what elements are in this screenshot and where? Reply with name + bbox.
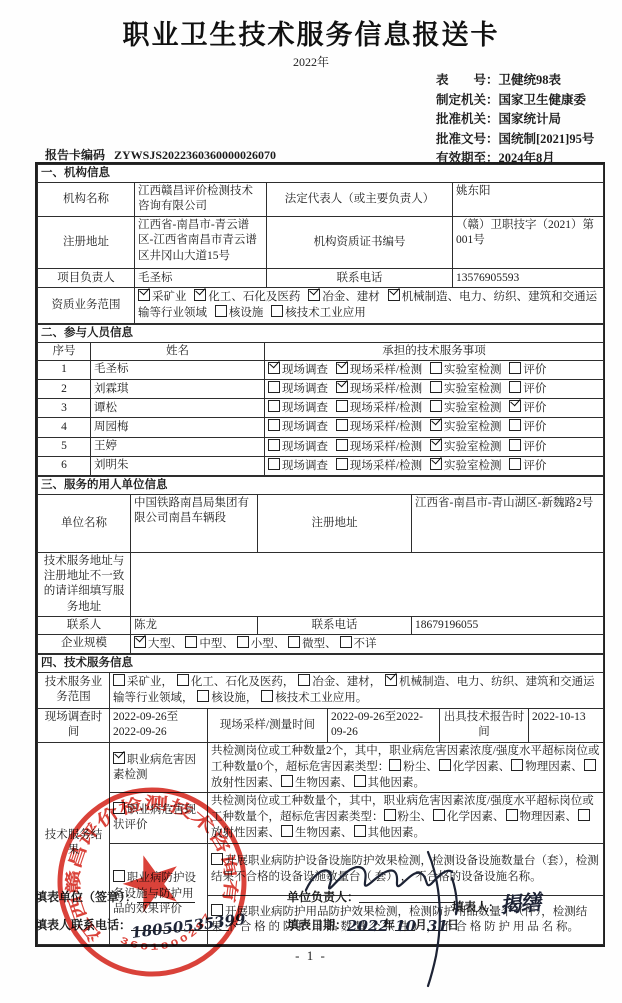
checkbox-icon[interactable] bbox=[177, 674, 189, 686]
checkbox-label: 生物因素、 bbox=[295, 777, 353, 789]
survey-time-value: 2022-09-26至2022-09-26 bbox=[110, 708, 208, 742]
employer-addr-label: 注册地址 bbox=[258, 495, 412, 553]
checkbox-icon[interactable] bbox=[215, 305, 227, 317]
checkbox-label: 开展职业病防护设备设施防护效果检测，检测设备设施数量台（套），检测结果不合格的设… bbox=[211, 855, 599, 882]
checkbox-icon[interactable] bbox=[336, 458, 348, 470]
checkbox-label: 粉尘、 bbox=[398, 811, 433, 823]
form-meta-block: 表 号：卫健统98表 制定机关：国家卫生健康委 批准机关：国家统计局 批准文号：… bbox=[436, 71, 594, 169]
checkbox-label: 评价 bbox=[523, 460, 546, 472]
checkbox-label: 物理因素、 bbox=[525, 761, 583, 773]
survey-time-label: 现场调查时间 bbox=[38, 708, 110, 742]
company-size-options: 大型、 中型、 小型、 微型、 不详 bbox=[131, 634, 604, 653]
cert-no-label: 机构资质证书编号 bbox=[267, 217, 453, 269]
staff-duties: 现场调查 现场采样/检测 实验室检测 评价 bbox=[265, 418, 604, 437]
filler-phone-field: 填表人联系电话：18050535399 bbox=[35, 916, 229, 933]
col-name-header: 姓名 bbox=[91, 342, 265, 360]
checkbox-label: 不详 bbox=[354, 638, 377, 650]
checkbox-label: 实验室检测 bbox=[444, 383, 502, 395]
manager-field: 单位负责人： bbox=[287, 888, 455, 905]
staff-duties: 现场调查 现场采样/检测 实验室检测 评价 bbox=[265, 456, 604, 475]
date-month-handwritten: 10 bbox=[395, 917, 416, 935]
employer-phone-label: 联系电话 bbox=[258, 616, 412, 634]
checkbox-label: 化工、石化及医药 bbox=[208, 291, 300, 303]
section2-title: 二、参与人员信息 bbox=[38, 324, 604, 342]
filler-label: 填表人： bbox=[452, 900, 500, 914]
checkbox-label: 其他因素。 bbox=[368, 827, 426, 839]
date-day-handwritten: 31 bbox=[427, 917, 448, 935]
meta-approving-agency: 批准机关：国家统计局 bbox=[436, 110, 594, 130]
checkbox-label: 放射性因素、 bbox=[211, 827, 280, 839]
checkbox-icon[interactable] bbox=[511, 759, 523, 771]
checkbox-icon[interactable] bbox=[509, 400, 521, 412]
section3-title: 三、服务的用人单位信息 bbox=[38, 476, 604, 494]
checkbox-label: 核设施 bbox=[229, 307, 264, 319]
checkbox-label: 评价 bbox=[523, 383, 546, 395]
checkbox-icon[interactable] bbox=[509, 381, 521, 393]
checkbox-label: 现场采样/检测 bbox=[350, 460, 422, 472]
checkbox-label: 核技术工业应用 bbox=[285, 307, 366, 319]
main-form-table: 一、机构信息 机构名称 江西赣昌评价检测技术咨询有限公司 法定代表人（或主要负责… bbox=[35, 162, 605, 947]
manager-label: 单位负责人： bbox=[287, 890, 359, 904]
scope-option: 化工、石化及医药 bbox=[194, 291, 300, 303]
meta-approval-number: 批准文号：国统制[2021]95号 bbox=[436, 130, 594, 150]
staff-row: 5 王婷 现场调查 现场采样/检测 实验室检测 评价 bbox=[38, 437, 604, 456]
staff-seq: 6 bbox=[38, 456, 91, 475]
checkbox-label: 评价 bbox=[523, 421, 546, 433]
report-card-page: 职业卫生技术服务信息报送卡 2022年 表 号：卫健统98表 制定机关：国家卫生… bbox=[0, 0, 622, 1003]
checkbox-label: 现场采样/检测 bbox=[350, 383, 422, 395]
fill-unit-field: 填表单位（签章）： bbox=[35, 888, 195, 905]
checkbox-label: 现场调查 bbox=[282, 441, 328, 453]
checkbox-icon[interactable] bbox=[268, 439, 280, 451]
report-code-value: ZYWSJS2022360360000026070 bbox=[114, 148, 276, 162]
checkbox-label: 核设施， bbox=[211, 692, 257, 704]
checkbox-label: 评价 bbox=[523, 402, 546, 414]
org-addr-value: 江西省-南昌市-青云谱区-江西省南昌市青云谱区井冈山大道15号 bbox=[135, 217, 267, 269]
result2-content: 共检测岗位或工种数量个，其中，职业病危害因素浓度/强度水平超标岗位或工种数量个，… bbox=[208, 793, 604, 844]
checkbox-label: 放射性因素、 bbox=[211, 777, 280, 789]
checkbox-label: 职业病危害因素检测 bbox=[113, 754, 196, 781]
checkbox-label: 冶金、建材， bbox=[312, 676, 381, 688]
checkbox-icon[interactable] bbox=[385, 674, 397, 686]
checkbox-icon[interactable] bbox=[509, 419, 521, 431]
staff-name: 谭松 bbox=[91, 399, 265, 418]
date-year-blank: 2022 bbox=[347, 917, 383, 931]
report-year: 2022年 bbox=[0, 53, 622, 70]
checkbox-label: 现场采样/检测 bbox=[350, 441, 422, 453]
staff-name: 王婷 bbox=[91, 437, 265, 456]
date-day-blank: 31 bbox=[427, 917, 447, 931]
checkbox-label: 现场调查 bbox=[282, 402, 328, 414]
checkbox-label: 粉尘、 bbox=[403, 761, 438, 773]
fill-unit-label: 填表单位（签章）： bbox=[35, 890, 137, 904]
result2-checkbox-cell: 职业病危害现状评价 bbox=[110, 793, 208, 844]
checkbox-label: 冶金、建材 bbox=[322, 291, 380, 303]
staff-row: 1 毛圣标 现场调查 现场采样/检测 实验室检测 评价 bbox=[38, 360, 604, 379]
checkbox-label: 化学因素、 bbox=[447, 811, 505, 823]
checkbox-label: 化工、石化及医药， bbox=[191, 676, 295, 688]
section-employer-info: 三、服务的用人单位信息 单位名称 中国铁路南昌局集团有限公司南昌车辆段 注册地址… bbox=[37, 476, 604, 654]
staff-seq: 5 bbox=[38, 437, 91, 456]
col-seq-header: 序号 bbox=[38, 342, 91, 360]
checkbox-icon[interactable] bbox=[211, 853, 223, 865]
scope-option: 核设施 bbox=[215, 307, 264, 319]
service-result-label: 技术服务结果 bbox=[38, 742, 110, 944]
section4-title: 四、技术服务信息 bbox=[38, 655, 604, 673]
staff-duties: 现场调查 现场采样/检测 实验室检测 评价 bbox=[265, 360, 604, 379]
date-month-unit: 月 bbox=[415, 918, 427, 932]
checkbox-icon[interactable] bbox=[113, 802, 125, 814]
checkbox-icon[interactable] bbox=[506, 809, 518, 821]
checkbox-icon[interactable] bbox=[261, 690, 273, 702]
checkbox-icon[interactable] bbox=[389, 759, 401, 771]
staff-row: 6 刘明朱 现场调查 现场采样/检测 实验室检测 评价 bbox=[38, 456, 604, 475]
checkbox-icon[interactable] bbox=[509, 439, 521, 451]
checkbox-label: 实验室检测 bbox=[444, 364, 502, 376]
report-code-label: 报告卡编码 bbox=[45, 148, 105, 162]
section-org-info: 一、机构信息 机构名称 江西赣昌评价检测技术咨询有限公司 法定代表人（或主要负责… bbox=[37, 164, 604, 324]
org-phone-value: 13576905593 bbox=[453, 269, 604, 288]
checkbox-label: 现场采样/检测 bbox=[350, 421, 422, 433]
employer-name-label: 单位名称 bbox=[38, 495, 131, 553]
checkbox-icon[interactable] bbox=[430, 419, 442, 431]
page-number: - 1 - bbox=[0, 948, 622, 964]
checkbox-label: 实验室检测 bbox=[444, 441, 502, 453]
legal-rep-value: 姚东阳 bbox=[453, 183, 604, 217]
checkbox-icon[interactable] bbox=[298, 674, 310, 686]
checkbox-label: 小型、 bbox=[251, 638, 286, 650]
checkbox-label: 现场调查 bbox=[282, 421, 328, 433]
org-phone-label: 联系电话 bbox=[267, 269, 453, 288]
filler-field: 填表人：揭缮 bbox=[452, 888, 540, 918]
checkbox-icon[interactable] bbox=[134, 636, 146, 648]
checkbox-icon[interactable] bbox=[430, 400, 442, 412]
checkbox-icon[interactable] bbox=[237, 636, 249, 648]
checkbox-label: 中型、 bbox=[199, 638, 234, 650]
checkbox-icon[interactable] bbox=[430, 439, 442, 451]
checkbox-label: 评价 bbox=[523, 441, 546, 453]
checkbox-label: 大型、 bbox=[148, 638, 183, 650]
scope-option: 核技术工业应用 bbox=[271, 307, 366, 319]
checkbox-label: 微型、 bbox=[302, 638, 337, 650]
staff-seq: 1 bbox=[38, 360, 91, 379]
date-month-blank: 10 bbox=[395, 917, 415, 931]
org-name-label: 机构名称 bbox=[38, 183, 135, 217]
employer-name-value: 中国铁路南昌局集团有限公司南昌车辆段 bbox=[131, 495, 258, 553]
report-time-label: 出具技术报告时间 bbox=[440, 708, 529, 742]
checkbox-icon[interactable] bbox=[281, 825, 293, 837]
checkbox-icon[interactable] bbox=[430, 381, 442, 393]
checkbox-icon[interactable] bbox=[268, 400, 280, 412]
checkbox-icon[interactable] bbox=[509, 362, 521, 374]
checkbox-label: 生物因素、 bbox=[295, 827, 353, 839]
project-leader-value: 毛圣标 bbox=[135, 269, 267, 288]
checkbox-icon[interactable] bbox=[430, 362, 442, 374]
contact-value: 陈龙 bbox=[131, 616, 258, 634]
checkbox-icon[interactable] bbox=[336, 419, 348, 431]
checkbox-label: 现场调查 bbox=[282, 364, 328, 376]
checkbox-icon[interactable] bbox=[430, 458, 442, 470]
filler-name-handwritten: 揭缮 bbox=[499, 886, 541, 919]
checkbox-label: 化学因素、 bbox=[453, 761, 511, 773]
checkbox-icon[interactable] bbox=[388, 289, 400, 301]
org-scope-options: 采矿业 化工、石化及医药 冶金、建材 机械制造、电力、纺织、建筑和交通运输等行业… bbox=[135, 288, 604, 323]
checkbox-icon[interactable] bbox=[433, 809, 445, 821]
staff-name: 周园梅 bbox=[91, 418, 265, 437]
checkbox-label: 实验室检测 bbox=[444, 421, 502, 433]
staff-row: 2 刘霖琪 现场调查 现场采样/检测 实验室检测 评价 bbox=[38, 380, 604, 399]
checkbox-label: 现场采样/检测 bbox=[350, 364, 422, 376]
staff-seq: 2 bbox=[38, 380, 91, 399]
checkbox-icon[interactable] bbox=[268, 419, 280, 431]
checkbox-label: 评价 bbox=[523, 364, 546, 376]
filler-phone-label: 填表人联系电话： bbox=[35, 918, 131, 932]
checkbox-label: 现场调查 bbox=[282, 383, 328, 395]
staff-seq: 3 bbox=[38, 399, 91, 418]
checkbox-icon[interactable] bbox=[268, 381, 280, 393]
checkbox-icon[interactable] bbox=[509, 458, 521, 470]
report-code-line: 报告卡编码 ZYWSJS2022360360000026070 bbox=[45, 146, 276, 163]
checkbox-label: 其他因素。 bbox=[368, 777, 426, 789]
checkbox-icon[interactable] bbox=[384, 809, 396, 821]
checkbox-icon[interactable] bbox=[336, 381, 348, 393]
checkbox-icon[interactable] bbox=[354, 775, 366, 787]
checkbox-label: 核技术工业应用。 bbox=[275, 692, 367, 704]
employer-phone-value: 18679196055 bbox=[412, 616, 604, 634]
checkbox-icon[interactable] bbox=[336, 362, 348, 374]
service-scope-label: 技术服务业务范围 bbox=[38, 673, 110, 708]
date-day-unit: 日 bbox=[447, 918, 459, 932]
sampling-time-label: 现场采样/测量时间 bbox=[208, 708, 328, 742]
scope-option: 冶金、建材 bbox=[308, 291, 380, 303]
org-scope-label: 资质业务范围 bbox=[38, 288, 135, 323]
staff-name: 刘霖琪 bbox=[91, 380, 265, 399]
result1-checkbox-cell: 职业病危害因素检测 bbox=[110, 742, 208, 793]
section-staff-info: 二、参与人员信息 序号 姓名 承担的技术服务事项 1 毛圣标 现场调查 现场采样… bbox=[37, 324, 604, 476]
staff-duties: 现场调查 现场采样/检测 实验室检测 评价 bbox=[265, 380, 604, 399]
checkbox-icon[interactable] bbox=[336, 400, 348, 412]
checkbox-icon[interactable] bbox=[354, 825, 366, 837]
fill-unit-blank bbox=[137, 889, 195, 903]
service-addr-label: 技术服务地址与注册地址不一致的请详细填写服务地址 bbox=[38, 553, 131, 617]
checkbox-label: 采矿业， bbox=[127, 676, 173, 688]
checkbox-icon[interactable] bbox=[308, 289, 320, 301]
col-duty-header: 承担的技术服务事项 bbox=[265, 342, 604, 360]
org-addr-label: 注册地址 bbox=[38, 217, 135, 269]
checkbox-icon[interactable] bbox=[113, 674, 125, 686]
staff-row: 4 周园梅 现场调查 现场采样/检测 实验室检测 评价 bbox=[38, 418, 604, 437]
checkbox-icon[interactable] bbox=[138, 289, 150, 301]
date-year-unit: 年 bbox=[383, 918, 395, 932]
checkbox-icon[interactable] bbox=[271, 305, 283, 317]
fill-date-label: 填表日期： bbox=[287, 918, 347, 932]
meta-form-number: 表 号：卫健统98表 bbox=[436, 71, 594, 91]
checkbox-icon[interactable] bbox=[340, 636, 352, 648]
checkbox-icon[interactable] bbox=[288, 636, 300, 648]
checkbox-icon[interactable] bbox=[578, 809, 590, 821]
manager-signature-blank bbox=[359, 889, 455, 903]
company-size-label: 企业规模 bbox=[38, 634, 131, 653]
checkbox-icon[interactable] bbox=[268, 458, 280, 470]
checkbox-icon[interactable] bbox=[584, 759, 596, 771]
checkbox-icon[interactable] bbox=[336, 439, 348, 451]
checkbox-icon[interactable] bbox=[268, 362, 280, 374]
result1-content: 共检测岗位或工种数量2个，其中，职业病危害因素浓度/强度水平超标岗位或工种数量0… bbox=[208, 742, 604, 793]
org-name-value: 江西赣昌评价检测技术咨询有限公司 bbox=[135, 183, 267, 217]
employer-addr-value: 江西省-南昌市-青山湖区-新魏路2号 bbox=[412, 495, 604, 553]
checkbox-label: 实验室检测 bbox=[444, 460, 502, 472]
staff-duties: 现场调查 现场采样/检测 实验室检测 评价 bbox=[265, 437, 604, 456]
checkbox-label: 实验室检测 bbox=[444, 402, 502, 414]
checkbox-label: 现场调查 bbox=[282, 460, 328, 472]
staff-duties: 现场调查 现场采样/检测 实验室检测 评价 bbox=[265, 399, 604, 418]
staff-name: 刘明朱 bbox=[91, 456, 265, 475]
section1-title: 一、机构信息 bbox=[38, 165, 604, 183]
legal-rep-label: 法定代表人（或主要负责人） bbox=[267, 183, 453, 217]
checkbox-label: 现场采样/检测 bbox=[350, 402, 422, 414]
checkbox-icon[interactable] bbox=[197, 690, 209, 702]
staff-name: 毛圣标 bbox=[91, 360, 265, 379]
report-time-value: 2022-10-13 bbox=[529, 708, 604, 742]
checkbox-icon[interactable] bbox=[281, 775, 293, 787]
staff-seq: 4 bbox=[38, 418, 91, 437]
checkbox-icon[interactable] bbox=[113, 752, 125, 764]
meta-issuing-agency: 制定机关：国家卫生健康委 bbox=[436, 91, 594, 111]
service-scope-options: 采矿业， 化工、石化及医药， 冶金、建材， 机械制造、电力、纺织、建筑和交通运输… bbox=[110, 673, 604, 708]
checkbox-label: 物理因素、 bbox=[520, 811, 578, 823]
scope-option: 采矿业 bbox=[138, 291, 187, 303]
checkbox-icon[interactable] bbox=[194, 289, 206, 301]
sampling-time-value: 2022-09-26至2022-09-26 bbox=[328, 708, 440, 742]
project-leader-label: 项目负责人 bbox=[38, 269, 135, 288]
page-title: 职业卫生技术服务信息报送卡 bbox=[0, 13, 622, 52]
checkbox-label: 采矿业 bbox=[152, 291, 187, 303]
staff-row: 3 谭松 现场调查 现场采样/检测 实验室检测 评价 bbox=[38, 399, 604, 418]
checkbox-icon[interactable] bbox=[113, 870, 125, 882]
service-addr-value bbox=[131, 553, 604, 617]
checkbox-label: 职业病危害现状评价 bbox=[113, 804, 196, 831]
fill-date-field: 填表日期：2022年10月31日 bbox=[287, 916, 459, 933]
filler-phone-blank: 18050535399 bbox=[131, 917, 229, 931]
cert-no-value: （赣）卫职技字（2021）第001号 bbox=[453, 217, 604, 269]
checkbox-icon[interactable] bbox=[185, 636, 197, 648]
checkbox-icon[interactable] bbox=[439, 759, 451, 771]
contact-label: 联系人 bbox=[38, 616, 131, 634]
